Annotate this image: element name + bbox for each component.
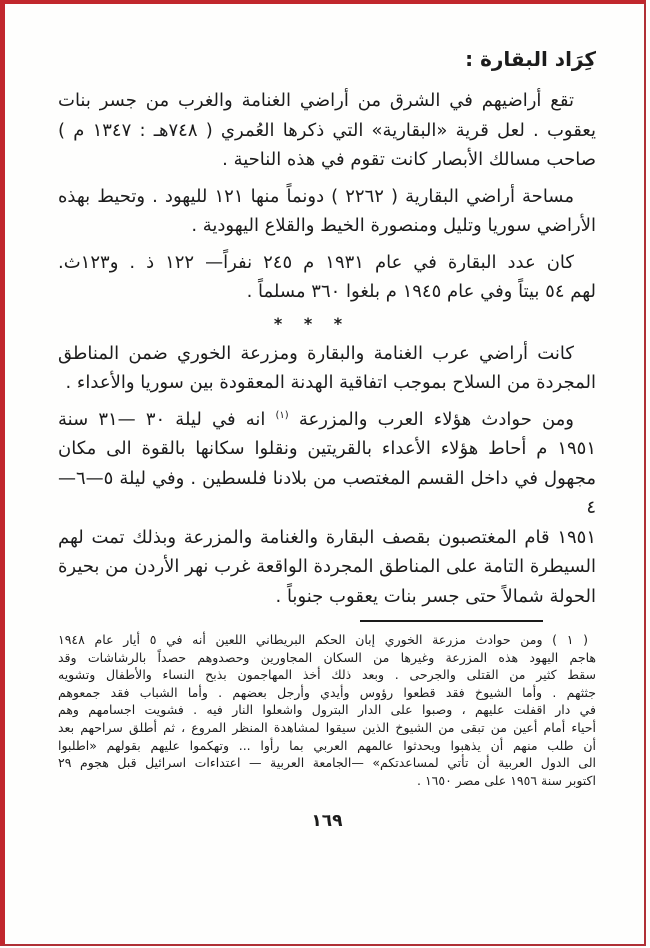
- paragraph: ومن حوادث هؤلاء العرب والمزرعة (١) انه ف…: [58, 405, 596, 612]
- paragraph: مساحة أراضي البقارية ( ٢٢٦٢ ) دونماً منه…: [58, 182, 596, 241]
- asterisk-separator: * * *: [58, 314, 566, 333]
- text-line: صاحب مسالك الأبصار كانت تقوم في هذه النا…: [58, 145, 596, 175]
- footnote-line: اكتوبر سنة ١٩٥٦ على مصر ١٦٥٠ .: [58, 772, 596, 790]
- text-line: مجهول في داخل القسم المغتصب من بلادنا فل…: [58, 464, 596, 523]
- paragraph: كان عدد البقارة في عام ١٩٣١ م ٢٤٥ نفراً—…: [58, 248, 596, 307]
- paragraph: تقع أراضيهم في الشرق من أراضي الغنامة وا…: [58, 86, 596, 175]
- text-line: تقع أراضيهم في الشرق من أراضي الغنامة وا…: [58, 86, 596, 116]
- text-segment: ومن حوادث هؤلاء العرب والمزرعة: [289, 409, 574, 430]
- footnote-line: في دار اقفلت عليهم ، وصبوا على الدار الب…: [58, 701, 596, 719]
- text-line: ١٩٥١ قام المغتصبون بقصف البقارة والغنامة…: [58, 523, 596, 553]
- scanned-page: كِرَاد البقارة : تقع أراضيهم في الشرق من…: [0, 0, 650, 948]
- footnote: ( ١ ) ومن حوادث مزرعة الخوري إبان الحكم …: [58, 631, 596, 789]
- text-line: لهم ٥٤ بيتاً وفي عام ١٩٤٥ م بلغوا ٣٦٠ مس…: [58, 277, 596, 307]
- text-line: كانت أراضي عرب الغنامة والبقارة ومزرعة ا…: [58, 339, 596, 369]
- text-line: الحولة شمالاً حتى جسر بنات يعقوب جنوباً …: [58, 582, 596, 612]
- body-text: تقع أراضيهم في الشرق من أراضي الغنامة وا…: [58, 86, 596, 611]
- text-line: مساحة أراضي البقارية ( ٢٢٦٢ ) دونماً منه…: [58, 182, 596, 212]
- footnote-line: أحياء أمام أعين من تبقى من الشيوخ الذين …: [58, 719, 596, 737]
- page-number: ١٦٩: [58, 811, 596, 831]
- text-segment: انه في ليلة ٣٠ —٣١ سنة: [58, 409, 276, 430]
- footnote-line: سقط كثير من القتلى والجرحى . وبعد ذلك أخ…: [58, 666, 596, 684]
- page-content: كِرَاد البقارة : تقع أراضيهم في الشرق من…: [58, 44, 596, 831]
- footnote-ref-marker: (١): [276, 410, 289, 421]
- text-line: كان عدد البقارة في عام ١٩٣١ م ٢٤٥ نفراً—…: [58, 248, 596, 278]
- footnote-line: أن طلب منهم أن يذهبوا ويحدثوا عالمهم الع…: [58, 737, 596, 755]
- text-line: يعقوب . لعل قرية «البقارية» التي ذكرها ا…: [58, 116, 596, 146]
- text-line: السيطرة التامة على المناطق المجردة الواق…: [58, 552, 596, 582]
- footnote-line: ( ١ ) ومن حوادث مزرعة الخوري إبان الحكم …: [58, 631, 596, 649]
- footnote-rule: [360, 620, 543, 622]
- section-heading: كِرَاد البقارة :: [58, 44, 596, 74]
- footnote-line: هاجم اليهود هذه المزرعة وغيرها من السكان…: [58, 649, 596, 667]
- text-line: ومن حوادث هؤلاء العرب والمزرعة (١) انه ف…: [58, 405, 596, 435]
- paragraph: كانت أراضي عرب الغنامة والبقارة ومزرعة ا…: [58, 339, 596, 398]
- footnote-line: جثثهم . وأما الشيوخ فقد قطعوا رؤوس وأيدي…: [58, 684, 596, 702]
- footnote-line: الى الدول العربية أن تأتي لمساعدتكم» —ال…: [58, 754, 596, 772]
- text-line: المجردة من السلاح بموجب اتفاقية الهدنة ا…: [58, 368, 596, 398]
- text-line: الأراضي سوريا وتليل ومنصورة الخيط والقلا…: [58, 211, 596, 241]
- text-line: ١٩٥١ م أحاط هؤلاء الأعداء بالقريتين ونقل…: [58, 434, 596, 464]
